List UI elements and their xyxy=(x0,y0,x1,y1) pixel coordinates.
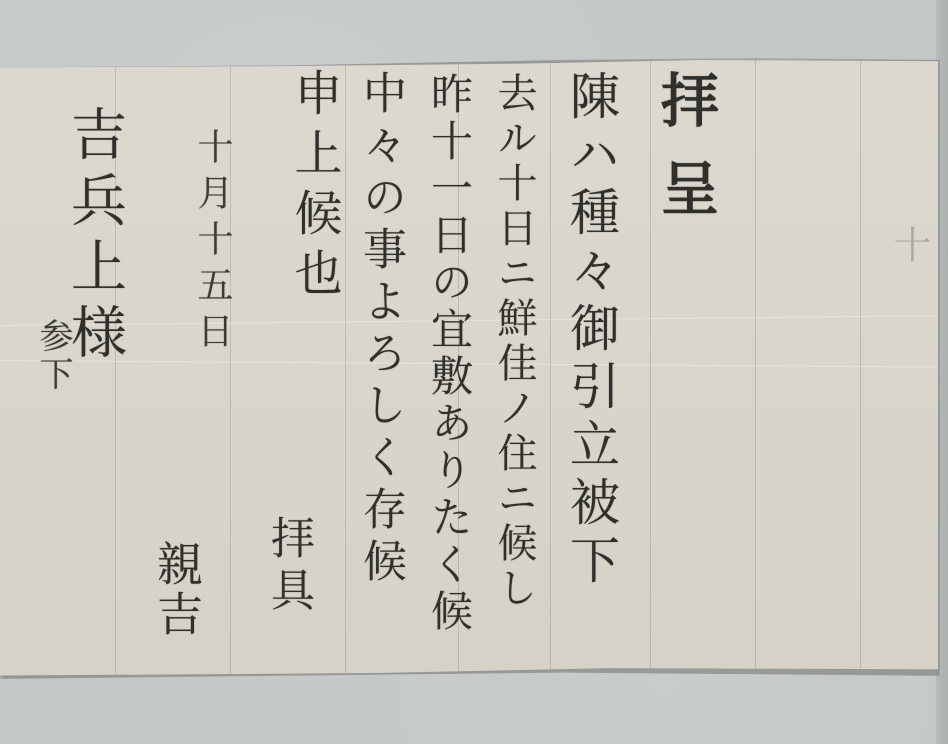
fold-line xyxy=(860,60,861,678)
fold-line xyxy=(345,60,346,678)
faint-margin-mark: 十 xyxy=(882,225,937,263)
letter-column-5: 中々の事よろしく存候 xyxy=(358,70,402,590)
letter-addressee: 吉兵上様 xyxy=(66,105,122,369)
fold-line xyxy=(755,60,756,678)
letter-sender: 親吉 xyxy=(154,540,200,640)
letter-column-closing: 拝具 xyxy=(266,515,310,619)
letter-column-4: 昨十一日の宜敷ありたく候 xyxy=(428,72,470,636)
letter-column-2: 陳ハ種々御引立被下 xyxy=(566,70,616,592)
letter-date: 十月十五日 xyxy=(194,128,230,358)
letter-column-3: 去ル十日ニ鮮佳ノ住ニ候し xyxy=(494,72,534,612)
letter-column-6: 申上候也 xyxy=(290,68,338,308)
letter-column-1: 拝呈 xyxy=(656,70,714,246)
fold-line xyxy=(550,60,551,678)
letter-honorific: 参下 xyxy=(36,318,70,394)
